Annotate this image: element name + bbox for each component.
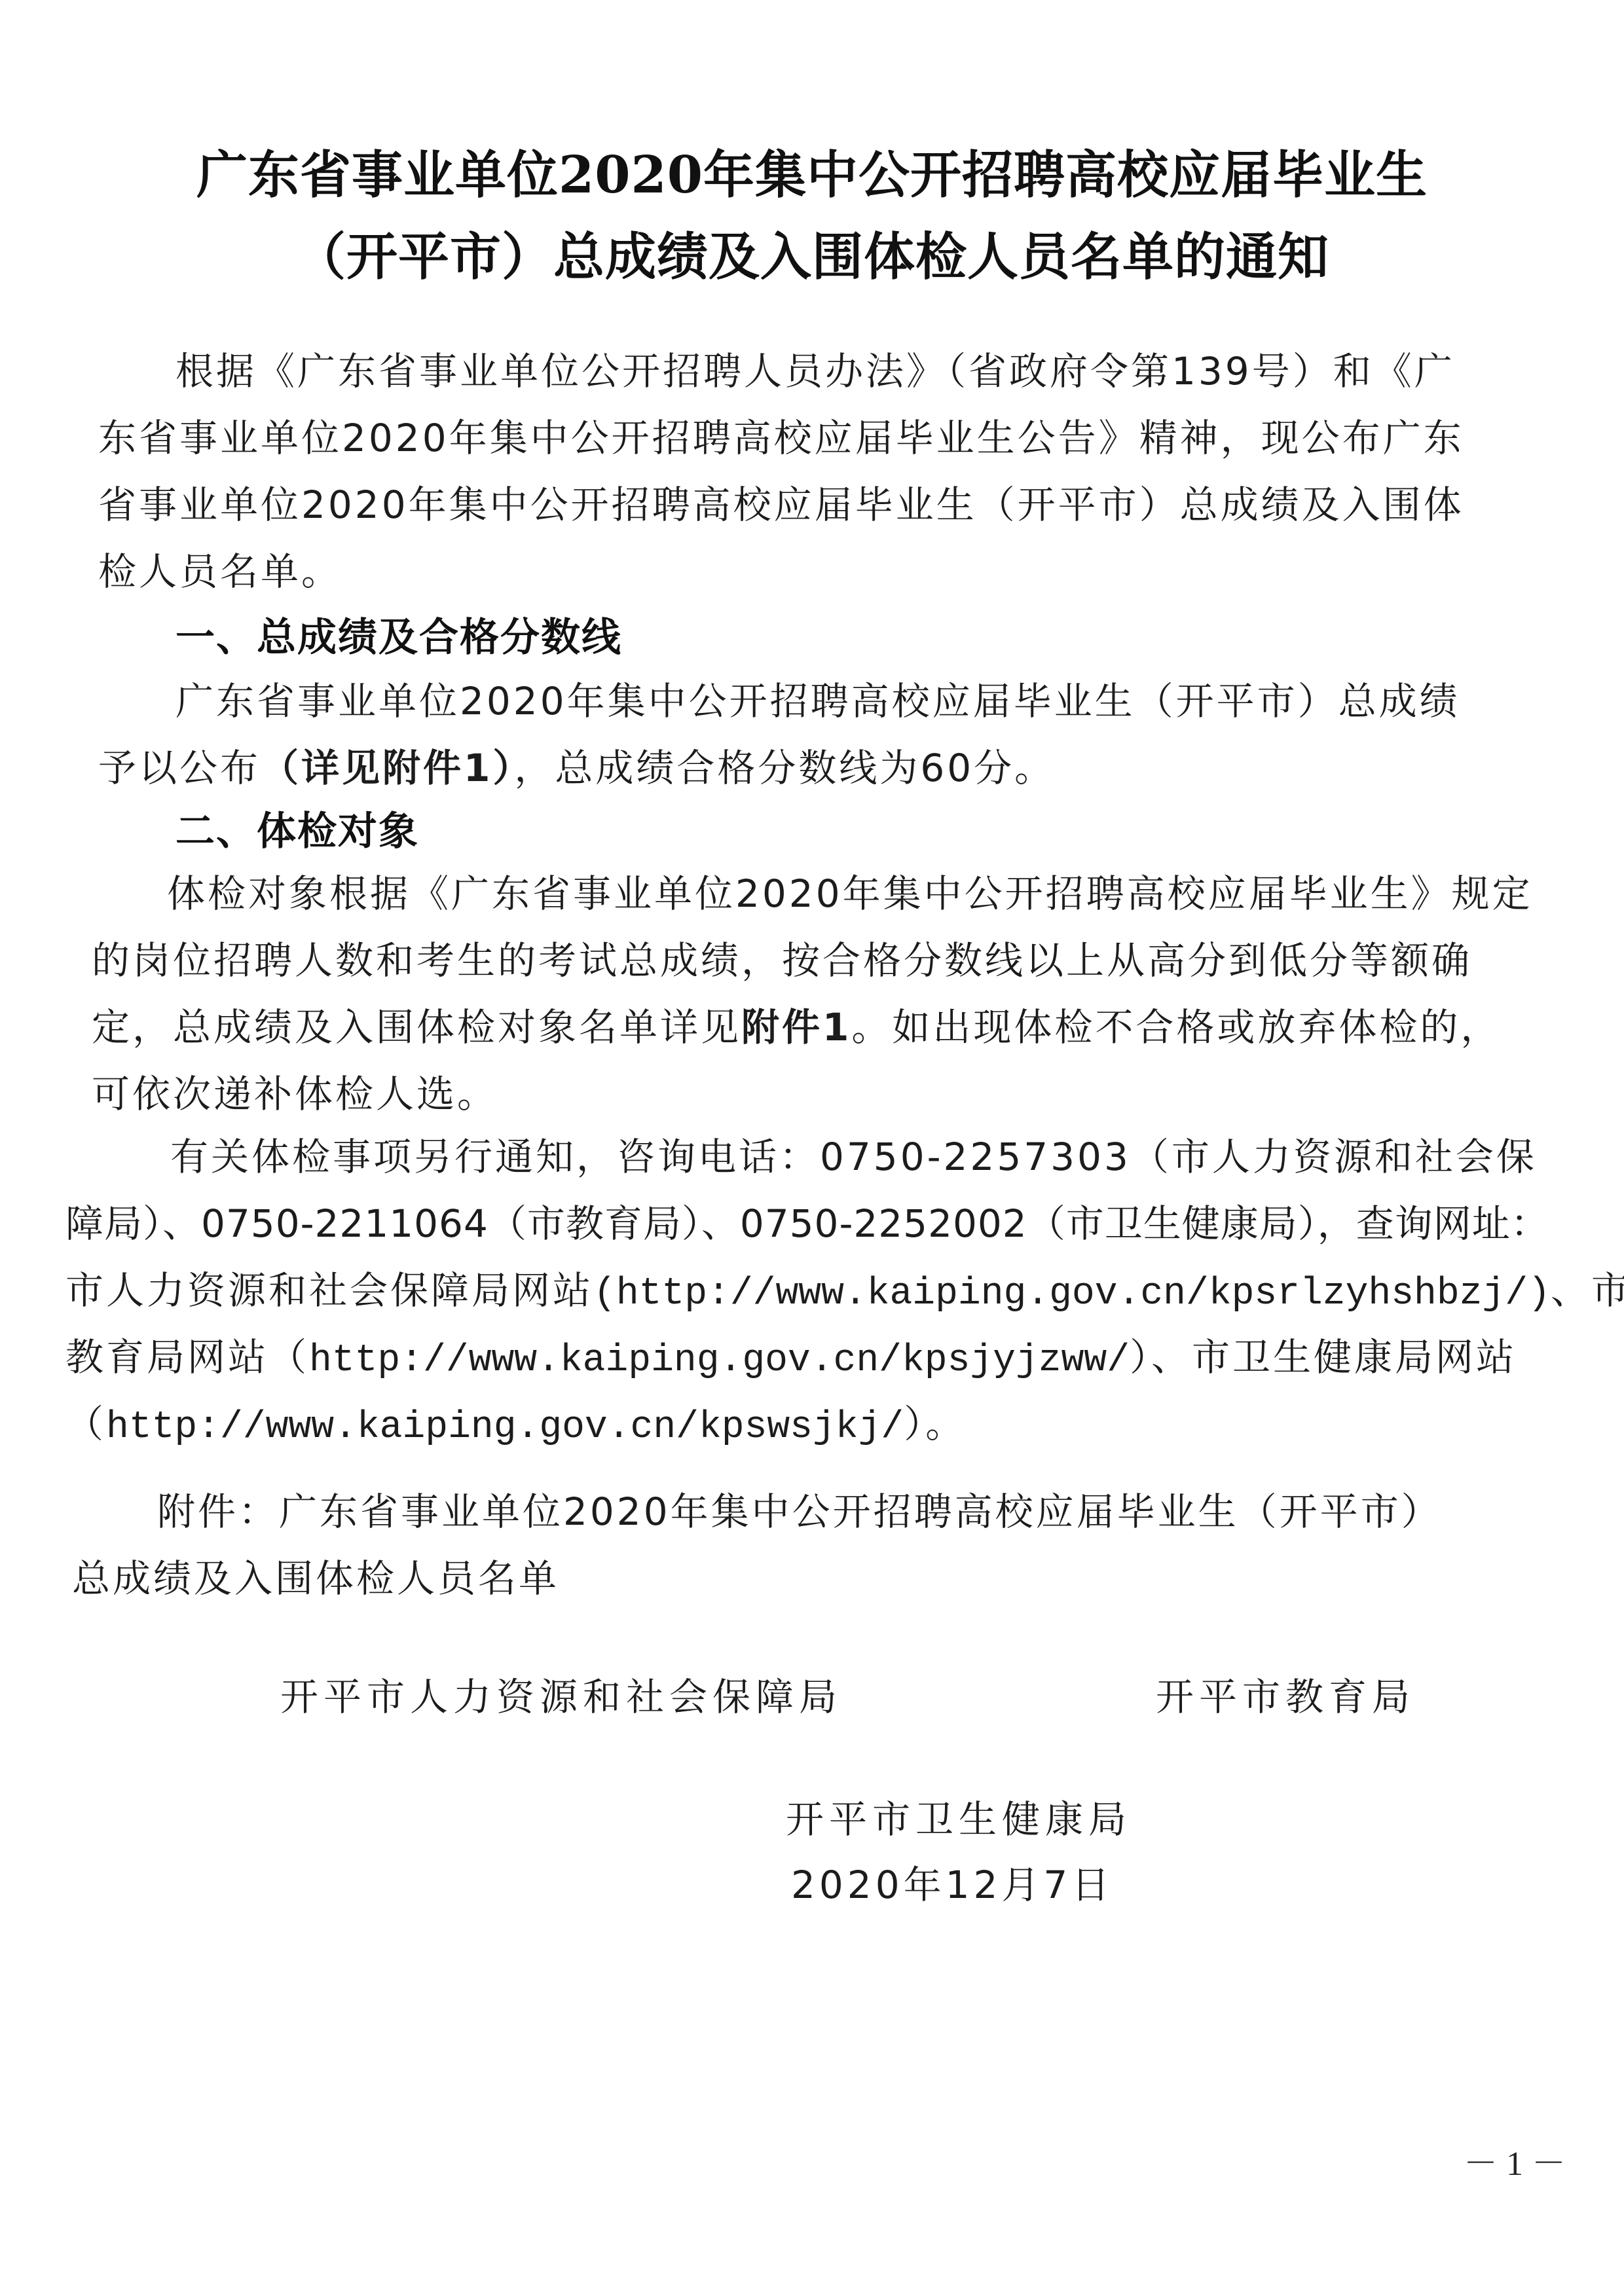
- medical-exam-line: 定，总成绩及入围体检对象名单详见附件1。如出现体检不合格或放弃体检的，: [92, 996, 1501, 1051]
- contact-line-text: ）。: [904, 1402, 966, 1446]
- education-website-link[interactable]: http://www.kaiping.gov.cn/kpsjyjzww/: [309, 1339, 1130, 1382]
- intro-line: 省事业单位2020年集中公开招聘高校应届毕业生（开平市）总成绩及入围体: [98, 474, 1464, 529]
- attachment-line: 总成绩及入围体检人员名单: [72, 1548, 559, 1603]
- scores-line-text: ，总成绩合格分数线为60分。: [514, 746, 1055, 790]
- contact-line: 有关体检事项另行通知，咨询电话：0750-2257303（市人力资源和社会保: [170, 1126, 1537, 1181]
- scores-line-text: 予以公布: [98, 746, 261, 790]
- medical-exam-line: 体检对象根据《广东省事业单位2020年集中公开招聘高校应届毕业生》规定: [167, 863, 1533, 918]
- page-number: － 1 －: [1464, 2136, 1566, 2185]
- medical-exam-line-text: 定，总成绩及入围体检对象名单详见: [92, 1005, 741, 1049]
- attachment-reference: 附件1: [741, 1005, 851, 1049]
- medical-exam-line: 可依次递补体检人选。: [92, 1063, 498, 1118]
- scores-line: 予以公布（详见附件1），总成绩合格分数线为60分。: [98, 737, 1055, 792]
- contact-line: 教育局网站（http://www.kaiping.gov.cn/kpsjyjzw…: [65, 1326, 1517, 1382]
- medical-exam-line: 的岗位招聘人数和考生的考试总成绩，按合格分数线以上从高分到低分等额确: [92, 930, 1472, 985]
- hrss-website-link[interactable]: (http://www.kaiping.gov.cn/kpsrlzyhshbzj…: [593, 1273, 1551, 1315]
- scores-line: 广东省事业单位2020年集中公开招聘高校应届毕业生（开平市）总成绩: [175, 670, 1460, 725]
- contact-line-text: 市人力资源和社会保障局网站: [65, 1268, 593, 1313]
- section-heading-scores: 一、总成绩及合格分数线: [175, 606, 622, 663]
- signature-education-bureau: 开平市教育局: [1156, 1666, 1415, 1721]
- contact-line: （http://www.kaiping.gov.cn/kpswsjkj/）。: [65, 1393, 966, 1449]
- document-title-line-1: 广东省事业单位2020年集中公开招聘高校应届毕业生: [0, 134, 1624, 208]
- intro-line: 东省事业单位2020年集中公开招聘高校应届毕业生公告》精神，现公布广东: [98, 407, 1464, 462]
- contact-line: 市人力资源和社会保障局网站(http://www.kaiping.gov.cn/…: [65, 1260, 1624, 1315]
- contact-line-text: （: [65, 1402, 106, 1446]
- document-title-line-2: （开平市）总成绩及入围体检人员名单的通知: [0, 216, 1624, 289]
- intro-line: 检人员名单。: [98, 541, 342, 596]
- issue-date: 2020年12月7日: [791, 1854, 1113, 1909]
- contact-line: 障局）、0750-2211064（市教育局）、0750-2252002（市卫生健…: [65, 1193, 1549, 1248]
- section-heading-medical-exam: 二、体检对象: [175, 800, 419, 856]
- signature-hrss-bureau: 开平市人力资源和社会保障局: [280, 1666, 842, 1721]
- contact-line-text: 教育局网站（: [65, 1335, 309, 1379]
- document-page: 广东省事业单位2020年集中公开招聘高校应届毕业生 （开平市）总成绩及入围体检人…: [0, 0, 1624, 2296]
- contact-line-text: 、市: [1551, 1268, 1624, 1313]
- contact-line-text: ）、市卫生健康局网站: [1130, 1335, 1517, 1379]
- health-website-link[interactable]: http://www.kaiping.gov.cn/kpswsjkj/: [106, 1406, 904, 1449]
- attachment-line: 附件：广东省事业单位2020年集中公开招聘高校应届毕业生（开平市）: [157, 1481, 1442, 1536]
- medical-exam-line-text: 。如出现体检不合格或放弃体检的，: [851, 1005, 1501, 1049]
- attachment-reference: （详见附件1）: [261, 746, 514, 790]
- signature-health-bureau: 开平市卫生健康局: [786, 1789, 1132, 1844]
- intro-line: 根据《广东省事业单位公开招聘人员办法》（省政府令第139号）和《广: [175, 340, 1455, 395]
